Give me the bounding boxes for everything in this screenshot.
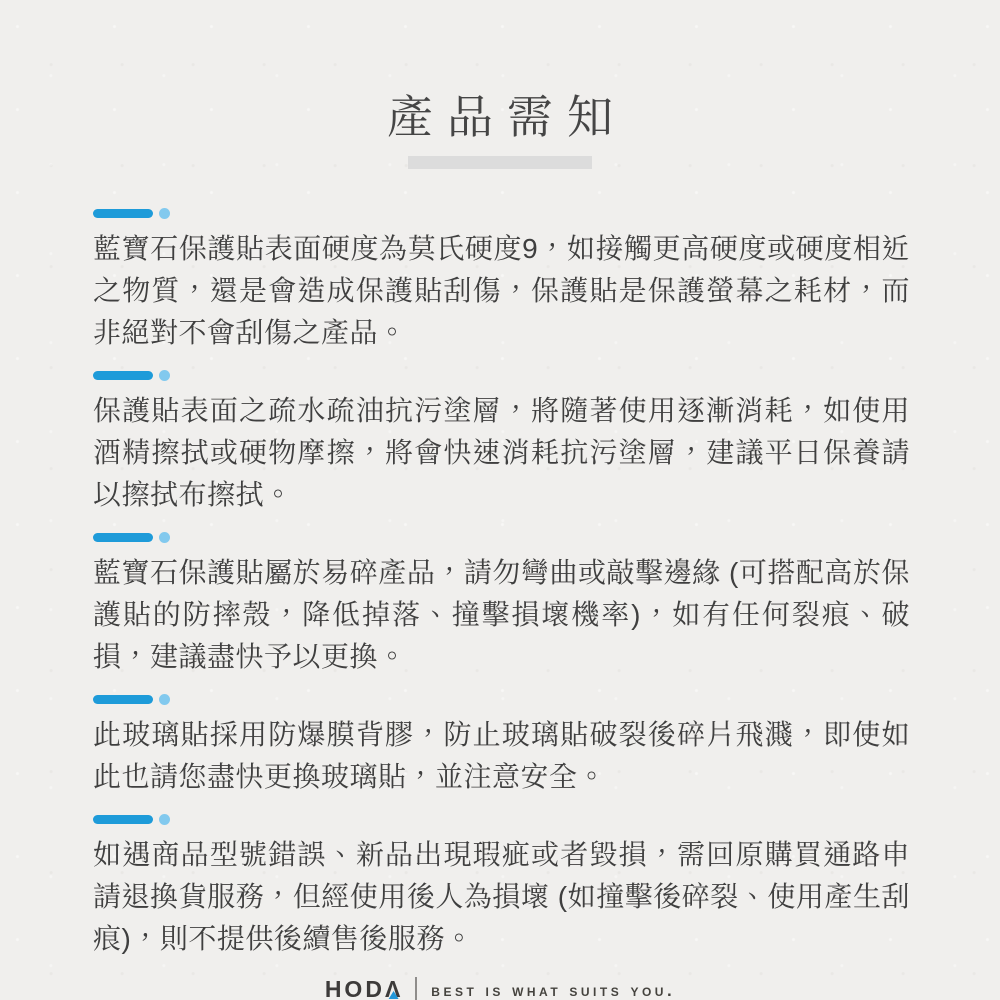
notice-text: 藍寶石保護貼表面硬度為莫氏硬度9，如接觸更高硬度或硬度相近之物質，還是會造成保護… <box>93 228 910 354</box>
bullet-dot-icon <box>159 814 170 825</box>
bullet-dot-icon <box>159 694 170 705</box>
bullet-bar-icon <box>93 815 153 824</box>
notice-item: 藍寶石保護貼屬於易碎產品，請勿彎曲或敲擊邊緣 (可搭配高於保護貼的防摔殼，降低掉… <box>93 533 910 678</box>
notice-list: 藍寶石保護貼表面硬度為莫氏硬度9，如接觸更高硬度或硬度相近之物質，還是會造成保護… <box>93 209 910 977</box>
hoda-logo: HODΛ <box>325 978 403 1000</box>
bullet-bar-icon <box>93 371 153 380</box>
bullet-bar-icon <box>93 695 153 704</box>
bullet-bar-icon <box>93 209 153 218</box>
bullet-marker <box>93 533 910 543</box>
bullet-marker <box>93 209 910 219</box>
page-header: 產品需知 <box>0 92 1000 169</box>
bullet-marker <box>93 695 910 705</box>
notice-item: 如遇商品型號錯誤、新品出現瑕疵或者毀損，需回原購買通路申請退換貨服務，但經使用後… <box>93 815 910 960</box>
bullet-dot-icon <box>159 208 170 219</box>
bullet-bar-icon <box>93 533 153 542</box>
notice-item: 保護貼表面之疏水疏油抗污塗層，將隨著使用逐漸消耗，如使用酒精擦拭或硬物摩擦，將會… <box>93 371 910 516</box>
hoda-logo-letters: HOD <box>325 978 385 1000</box>
notice-text: 此玻璃貼採用防爆膜背膠，防止玻璃貼破裂後碎片飛濺，即使如此也請您盡快更換玻璃貼，… <box>93 714 910 798</box>
hoda-logo-a: Λ <box>385 978 403 1000</box>
title-underline <box>408 156 592 169</box>
notice-text: 如遇商品型號錯誤、新品出現瑕疵或者毀損，需回原購買通路申請退換貨服務，但經使用後… <box>93 834 910 960</box>
notice-item: 藍寶石保護貼表面硬度為莫氏硬度9，如接觸更高硬度或硬度相近之物質，還是會造成保護… <box>93 209 910 354</box>
bullet-dot-icon <box>159 370 170 381</box>
blue-triangle-icon <box>389 991 399 999</box>
notice-item: 此玻璃貼採用防爆膜背膠，防止玻璃貼破裂後碎片飛濺，即使如此也請您盡快更換玻璃貼，… <box>93 695 910 798</box>
footer-divider <box>415 977 417 1000</box>
footer: HODΛ Best is what suits you. <box>0 977 1000 1000</box>
notice-text: 保護貼表面之疏水疏油抗污塗層，將隨著使用逐漸消耗，如使用酒精擦拭或硬物摩擦，將會… <box>93 390 910 516</box>
product-notice-page: 產品需知 藍寶石保護貼表面硬度為莫氏硬度9，如接觸更高硬度或硬度相近之物質，還是… <box>0 0 1000 1000</box>
brand-tagline: Best is what suits you. <box>431 980 675 999</box>
page-title: 產品需知 <box>0 92 1000 143</box>
bullet-dot-icon <box>159 532 170 543</box>
bullet-marker <box>93 815 910 825</box>
bullet-marker <box>93 371 910 381</box>
notice-text: 藍寶石保護貼屬於易碎產品，請勿彎曲或敲擊邊緣 (可搭配高於保護貼的防摔殼，降低掉… <box>93 552 910 678</box>
